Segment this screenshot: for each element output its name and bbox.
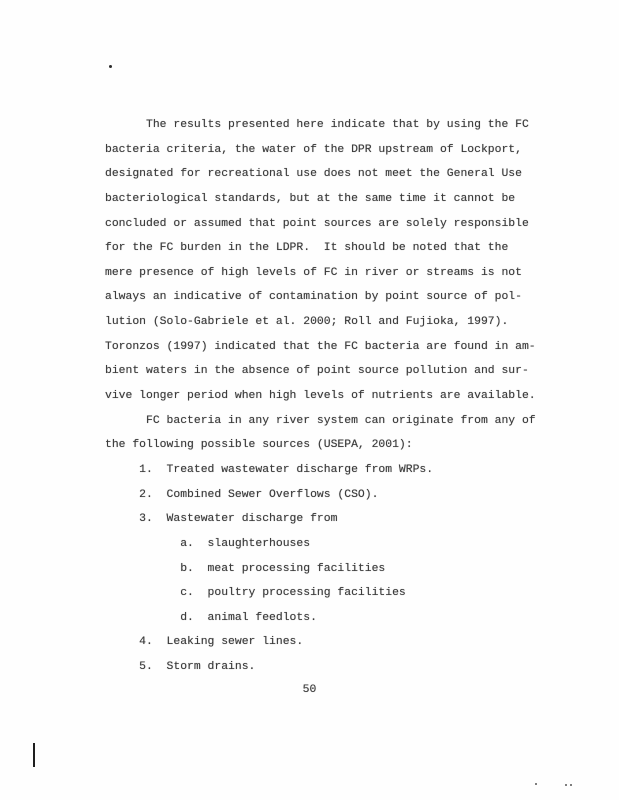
- list-item-line: 2. Combined Sewer Overflows (CSO).: [105, 483, 565, 508]
- text-line: FC bacteria in any river system can orig…: [105, 409, 565, 434]
- page-number: 50: [0, 678, 619, 703]
- document-text-block: The results presented here indicate that…: [105, 113, 565, 680]
- list-item-line: 4. Leaking sewer lines.: [105, 630, 565, 655]
- text-line: bacteria criteria, the water of the DPR …: [105, 138, 565, 163]
- text-line: concluded or assumed that point sources …: [105, 212, 565, 237]
- list-item-line: 5. Storm drains.: [105, 655, 565, 680]
- list-subitem-line: a. slaughterhouses: [105, 532, 565, 557]
- text-line: mere presence of high levels of FC in ri…: [105, 261, 565, 286]
- list-item-line: 3. Wastewater discharge from: [105, 507, 565, 532]
- scan-artifact-dot: [109, 65, 112, 68]
- scanned-document-page: The results presented here indicate that…: [0, 0, 619, 800]
- text-line: The results presented here indicate that…: [105, 113, 565, 138]
- text-line: bacteriological standards, but at the sa…: [105, 187, 565, 212]
- text-line: Toronzos (1997) indicated that the FC ba…: [105, 335, 565, 360]
- list-item-line: 1. Treated wastewater discharge from WRP…: [105, 458, 565, 483]
- scan-artifact-dot: [535, 783, 537, 785]
- text-line: designated for recreational use does not…: [105, 162, 565, 187]
- list-subitem-line: b. meat processing facilities: [105, 557, 565, 582]
- scan-artifact-pen-mark: [33, 743, 35, 767]
- text-line: for the FC burden in the LDPR. It should…: [105, 236, 565, 261]
- scan-artifact-dot: [570, 784, 572, 786]
- text-line: vive longer period when high levels of n…: [105, 384, 565, 409]
- text-line: the following possible sources (USEPA, 2…: [105, 433, 565, 458]
- list-subitem-line: d. animal feedlots.: [105, 606, 565, 631]
- text-line: always an indicative of contamination by…: [105, 285, 565, 310]
- text-line: bient waters in the absence of point sou…: [105, 359, 565, 384]
- scan-artifact-dot: [565, 784, 567, 786]
- text-line: lution (Solo-Gabriele et al. 2000; Roll …: [105, 310, 565, 335]
- list-subitem-line: c. poultry processing facilities: [105, 581, 565, 606]
